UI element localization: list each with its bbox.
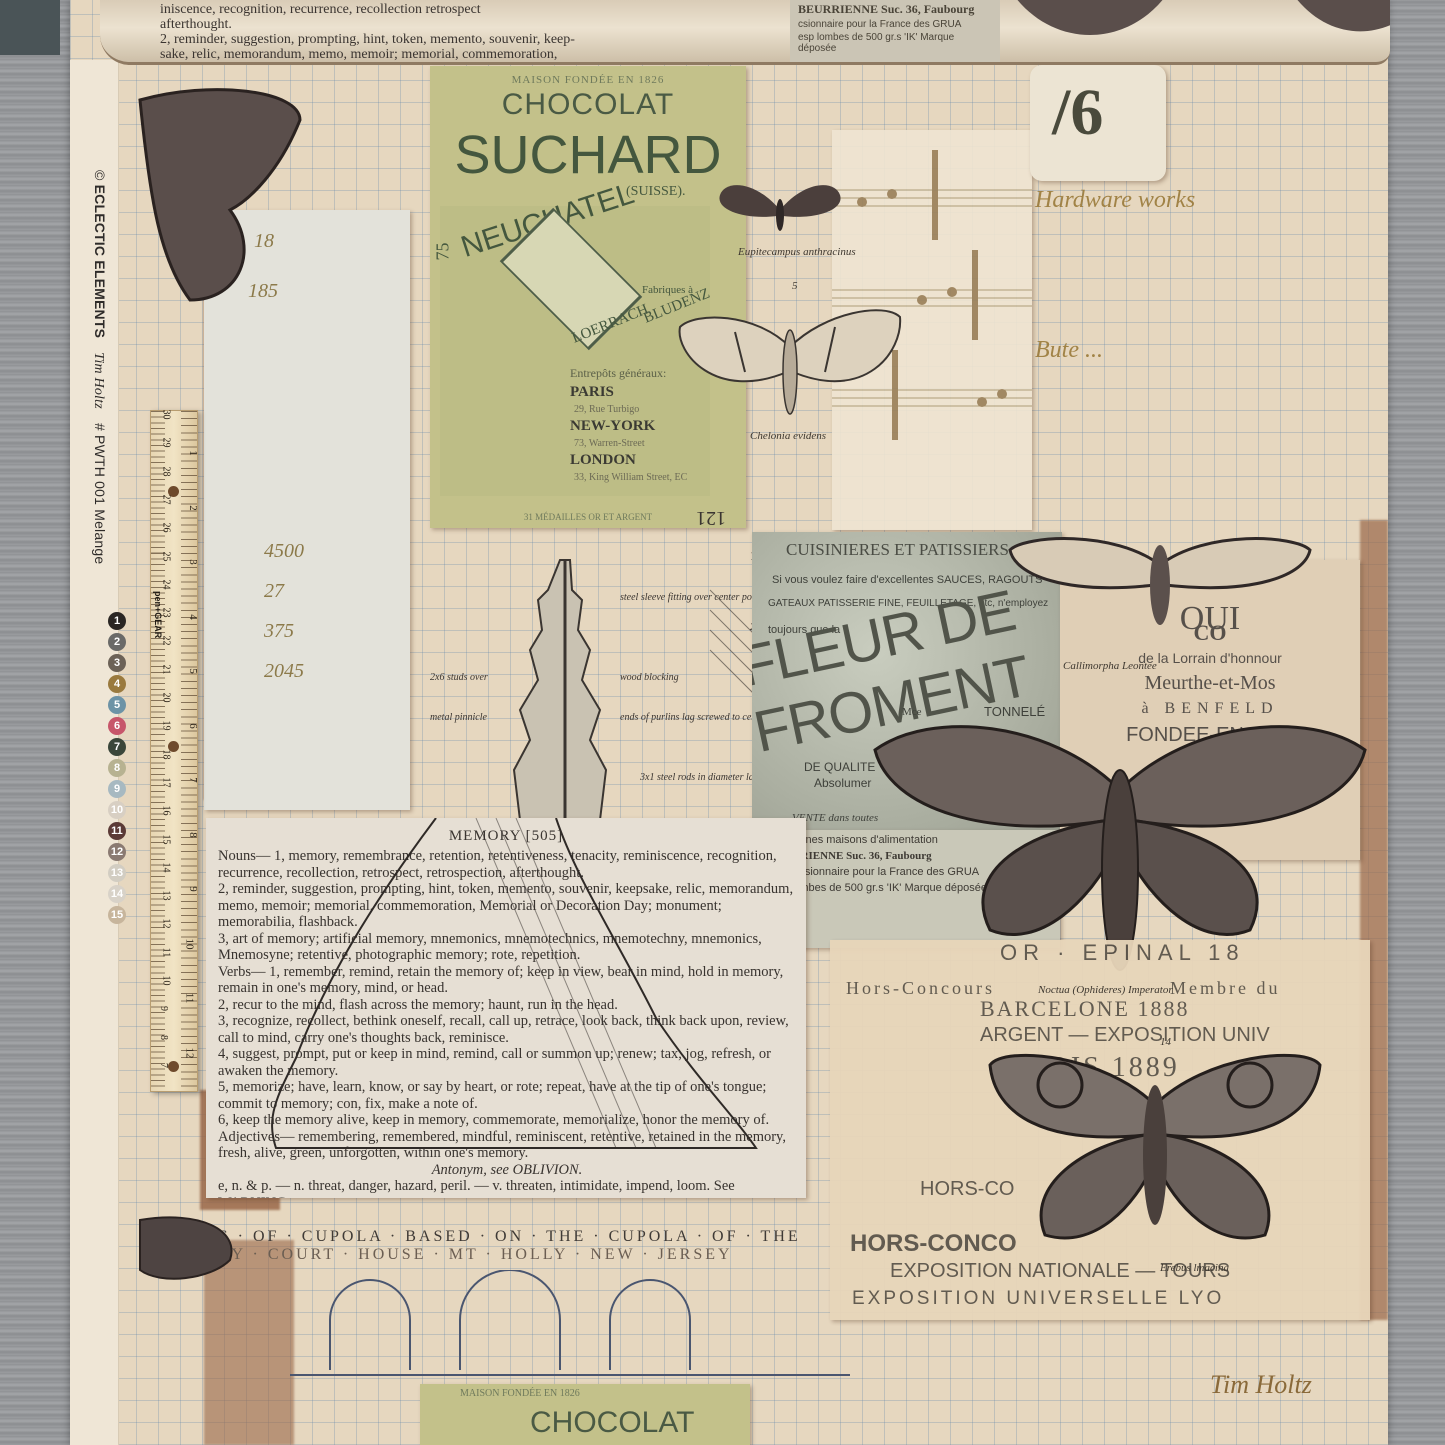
suchard-brand: SUCHARD [430, 124, 746, 186]
svg-text:2x6 studs over: 2x6 studs over [430, 672, 488, 683]
fabric-bolt: 18 185 4500 27 375 2045 steel sleeve fit… [70, 0, 1388, 1445]
suchard-chocolat: CHOCOLAT [430, 88, 746, 122]
expo-line: EXPOSITION UNIVERSELLE LYO [852, 1288, 1224, 1310]
moth-wing-icon [130, 80, 310, 310]
ruler-inch-label: 6 [186, 723, 198, 729]
moth-number: 5 [792, 280, 798, 292]
number-card: /6 [1030, 65, 1166, 181]
roll-line: iniscence, recognition, recurrence, reco… [160, 2, 860, 17]
ruler-cm-label: 27 [161, 494, 172, 504]
ledger-number: 2045 [264, 660, 304, 683]
color-dot: 9 [108, 780, 126, 798]
selvedge-print: © ECLECTIC ELEMENTS Tim Holtz # PWTH 001… [90, 170, 108, 564]
roll-label: BEURRIENNE Suc. 36, Faubourg csionnaire … [790, 0, 1000, 62]
ruler-cm-label: 26 [161, 523, 172, 533]
ruler-cm-label: 15 [161, 834, 172, 844]
ruler-cm-label: 14 [161, 862, 172, 872]
cupola-caption-line: LEY · COURT · HOUSE · MT · HOLLY · NEW ·… [206, 1246, 806, 1264]
ruler-cm-label: 29 [161, 438, 172, 448]
color-dot: 14 [108, 885, 126, 903]
ruler-inch-label: 4 [186, 614, 198, 620]
suchard-address: 29, Rue Turbigo [574, 404, 639, 415]
ruler-cm-label: 21 [161, 664, 172, 674]
moth-label: Eupitecampus anthracinus [738, 246, 856, 258]
moth-label: Chelonia evidens [750, 430, 826, 442]
color-dot: 10 [108, 801, 126, 819]
signature: Tim Holtz [1210, 1370, 1312, 1400]
eyed-moth-icon [985, 1035, 1325, 1255]
selvedge-signature: Tim Holtz [91, 352, 106, 409]
color-dot: 11 [108, 822, 126, 840]
moth-label: Noctua (Ophideres) Imperator [1038, 984, 1173, 996]
ruler-hole [168, 1061, 179, 1072]
suchard-suisse: (SUISSE). [626, 184, 686, 200]
ruler-cm-label: 8 [158, 1035, 169, 1040]
selvedge-brand: ECLECTIC ELEMENTS [92, 185, 108, 339]
ruler-cm-label: 11 [160, 947, 171, 957]
ruler-inch-label: 5 [186, 668, 198, 674]
cupola-outline-icon [236, 818, 796, 1198]
svg-text:metal pinnicle: metal pinnicle [430, 712, 487, 723]
suchard-address: 73, Warren-Street [574, 438, 645, 449]
wooden-ruler: pen+GEAR 1234567891011123029282726252423… [150, 410, 198, 1092]
ruler-cm-label: 30 [161, 410, 172, 420]
tag-number: 121 [696, 506, 726, 529]
moth-icon [715, 170, 845, 250]
rolled-fabric-top: iniscence, recognition, recurrence, reco… [100, 0, 1390, 65]
suchard-entrepots: Entrepôts généraux: [570, 366, 666, 381]
selvedge-sku: # PWTH 001 Melange [92, 423, 108, 564]
ruler-cm-label: 24 [161, 579, 172, 589]
spire-drawing-icon: steel sleeve fitting over center post & … [410, 530, 760, 820]
color-dot: 1 [108, 612, 126, 630]
moth-number: 14 [1160, 1036, 1171, 1048]
moth-label: Callimorpha Leontee [1063, 660, 1157, 672]
roll-line: 2, reminder, suggestion, prompting, hint… [160, 32, 860, 47]
moth-wing-icon [1010, 0, 1390, 60]
froment-qualite: DE QUALITE [804, 760, 875, 774]
ruler-cm-label: 22 [161, 636, 172, 646]
froment-line: CUISINIERES ET PATISSIERS [786, 540, 1009, 560]
ruler-cm-label: 13 [161, 891, 172, 901]
script-line: Hardware works [1035, 185, 1355, 215]
color-dot: 13 [108, 864, 126, 882]
svg-text:wood blocking: wood blocking [620, 672, 679, 683]
dark-background-corner [0, 0, 60, 55]
suchard-founded: MAISON FONDÉE EN 1826 [430, 74, 746, 86]
expo-line: Hors-Concours [846, 978, 995, 999]
color-dot: 4 [108, 675, 126, 693]
ruler-cm-label: 20 [161, 693, 172, 703]
ruler-cm-label: 17 [161, 777, 172, 787]
ruler-cm-label: 16 [161, 806, 172, 816]
color-dot: 8 [108, 759, 126, 777]
ruler-inch-label: 1 [186, 450, 198, 456]
copyright-symbol: © [92, 170, 108, 181]
roll-right-line: esp lombes de 500 gr.s 'IK' Marque dépos… [798, 32, 992, 54]
suchard-number: 75 [433, 243, 454, 261]
svg-text:3x1 steel rods in diameter lag: 3x1 steel rods in diameter lag screwed t… [639, 772, 760, 783]
ruler-inch-ticks [181, 411, 197, 1091]
moth-icon [675, 292, 905, 422]
script-line: Bute ... [1035, 335, 1355, 365]
color-dot: 5 [108, 696, 126, 714]
cupola-caption: LS · OF · CUPOLA · BASED · ON · THE · CU… [206, 1228, 806, 1268]
ruler-inch-label: 10 [184, 938, 196, 949]
suchard-city: PARIS [570, 384, 614, 401]
color-dot: 12 [108, 843, 126, 861]
expo-line: OR · EPINAL 18 [1000, 940, 1245, 966]
suchard-founded: MAISON FONDÉE EN 1826 [460, 1388, 580, 1399]
color-dot: 7 [108, 738, 126, 756]
ledger-number: 27 [264, 580, 284, 603]
moth-icon [1005, 525, 1315, 635]
ruler-cm-label: 18 [161, 749, 172, 759]
number-card-text: /6 [1052, 75, 1103, 151]
svg-text:ends of purlins lag screwed to: ends of purlins lag screwed to center po… [620, 712, 760, 723]
suchard-city: LONDON [570, 452, 636, 469]
ruler-inch-label: 9 [186, 886, 198, 892]
memory-dictionary-page: MEMORY [505] Nouns— 1, memory, remembran… [206, 818, 806, 1198]
meurthe-line: Meurthe-et-Mos [1060, 672, 1360, 695]
cupola-blueprint: steel sleeve fitting over center post & … [410, 530, 760, 820]
ruler-inch-label: 11 [184, 993, 196, 1004]
suchard-label-repeat: MAISON FONDÉE EN 1826 CHOCOLAT [420, 1384, 750, 1445]
ruler-cm-label: 19 [161, 721, 172, 731]
color-registration-dots: 123456789101112131415 [108, 612, 130, 927]
expo-line: BARCELONE 1888 [980, 996, 1190, 1022]
roll-right-line: BEURRIENNE Suc. 36, Faubourg [798, 2, 992, 17]
moth-wing-icon [130, 1210, 250, 1290]
suchard-city: NEW-YORK [570, 418, 655, 435]
color-dot: 2 [108, 633, 126, 651]
roll-line: sake, relic, memorandum, memo, memoir; m… [160, 47, 860, 62]
color-dot: 6 [108, 717, 126, 735]
roll-text: iniscence, recognition, recurrence, reco… [160, 2, 860, 62]
ruler-cm-label: 23 [161, 608, 172, 618]
ruler-cm-label: 25 [161, 551, 172, 561]
ruler-inch-label: 8 [186, 832, 198, 838]
cupola-caption-line: LS · OF · CUPOLA · BASED · ON · THE · CU… [206, 1228, 806, 1246]
ruler-cm-label: 28 [161, 466, 172, 476]
froment-absolument: Absolumer [814, 776, 871, 790]
ledger-number: 375 [264, 620, 294, 643]
roll-line: afterthought. [160, 17, 860, 32]
suchard-address: 33, King William Street, EC [574, 472, 687, 483]
roll-right-line: csionnaire pour la France des GRUA [798, 19, 992, 30]
moth-label: Erebus lmacina [1160, 1262, 1229, 1274]
color-dot: 3 [108, 654, 126, 672]
suchard-chocolat: CHOCOLAT [530, 1406, 694, 1440]
ruler-cm-label: 7 [158, 1063, 169, 1068]
handwritten-script: Hardware works Bute ... [1035, 185, 1355, 505]
svg-text:steel sleeve fitting over cent: steel sleeve fitting over center post & … [620, 592, 760, 603]
arched-windows-icon [290, 1270, 850, 1380]
ruler-cm-label: 9 [158, 1006, 169, 1011]
ruler-inch-label: 2 [186, 505, 198, 511]
ruler-inch-label: 12 [184, 1047, 196, 1058]
ruler-inch-label: 3 [186, 559, 198, 565]
ruler-inch-label: 7 [186, 777, 198, 783]
ledger-number: 4500 [264, 540, 304, 563]
ruler-cm-label: 12 [161, 919, 172, 929]
ruler-cm-label: 10 [161, 976, 172, 986]
color-dot: 15 [108, 906, 126, 924]
